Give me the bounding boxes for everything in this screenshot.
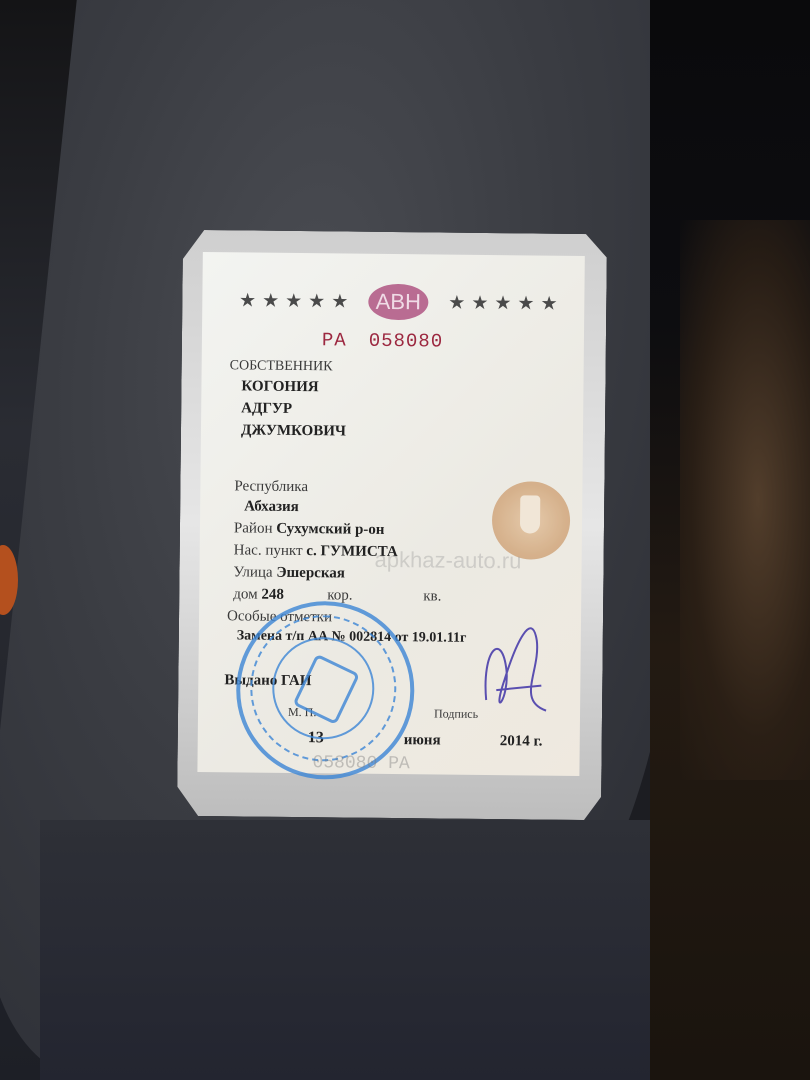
star-icon: ★ — [471, 292, 488, 314]
stamp-inner-circle — [272, 637, 375, 740]
owner-first-name: АДГУР — [241, 400, 292, 418]
locality-label: Нас. пункт — [234, 542, 303, 559]
star-icon: ★ — [308, 290, 325, 312]
star-icon: ★ — [239, 289, 256, 311]
street-value: Эшерская — [276, 565, 345, 582]
header-row: ★ ★ ★ ★ ★ АВН ★ ★ ★ ★ ★ — [232, 282, 564, 321]
star-icon: ★ — [285, 290, 302, 312]
star-icon: ★ — [262, 290, 279, 312]
republic-value: Абхазия — [244, 498, 299, 516]
fabric-background-lower — [40, 820, 680, 1080]
owner-patronymic: ДЖУМКОВИЧ — [241, 422, 346, 440]
star-icon: ★ — [517, 292, 534, 314]
signature-label: Подпись — [434, 706, 478, 721]
registration-card: ★ ★ ★ ★ ★ АВН ★ ★ ★ ★ ★ РА058080 СОБСТВЕ… — [177, 230, 607, 820]
ghost-serial-imprint: 058080 РА — [312, 753, 409, 774]
serial-digits: 058080 — [369, 330, 444, 353]
house-row: дом 248 — [233, 586, 284, 604]
document-paper: ★ ★ ★ ★ ★ АВН ★ ★ ★ ★ ★ РА058080 СОБСТВЕ… — [197, 252, 584, 776]
star-icon: ★ — [494, 292, 511, 314]
street-label: Улица — [233, 564, 272, 580]
republic-label: Республика — [234, 478, 308, 496]
house-value: 248 — [261, 587, 284, 603]
locality-row: Нас. пункт с. ГУМИСТА — [234, 542, 398, 561]
star-icon: ★ — [448, 292, 465, 314]
serial-number: РА058080 — [322, 329, 465, 352]
district-value: Сухумский р-он — [276, 521, 384, 538]
signature — [476, 610, 557, 731]
background-brown-area — [680, 220, 810, 780]
car-icon — [293, 654, 360, 725]
district-row: Район Сухумский р-он — [234, 520, 385, 539]
watermark: apkhaz-auto.ru — [374, 547, 521, 575]
issue-year: 2014 г. — [500, 733, 543, 750]
country-badge: АВН — [368, 284, 428, 321]
hand-emblem-icon — [520, 495, 540, 533]
house-label: дом — [233, 586, 258, 602]
owner-surname: КОГОНИЯ — [241, 378, 318, 396]
apartment-label: кв. — [423, 588, 441, 605]
issue-month: июня — [404, 732, 441, 749]
owner-label: СОБСТВЕННИК — [230, 358, 333, 375]
star-icon: ★ — [331, 290, 348, 312]
serial-series: РА — [322, 329, 347, 351]
street-row: Улица Эшерская — [233, 564, 345, 582]
district-label: Район — [234, 520, 273, 536]
star-icon: ★ — [540, 293, 557, 315]
